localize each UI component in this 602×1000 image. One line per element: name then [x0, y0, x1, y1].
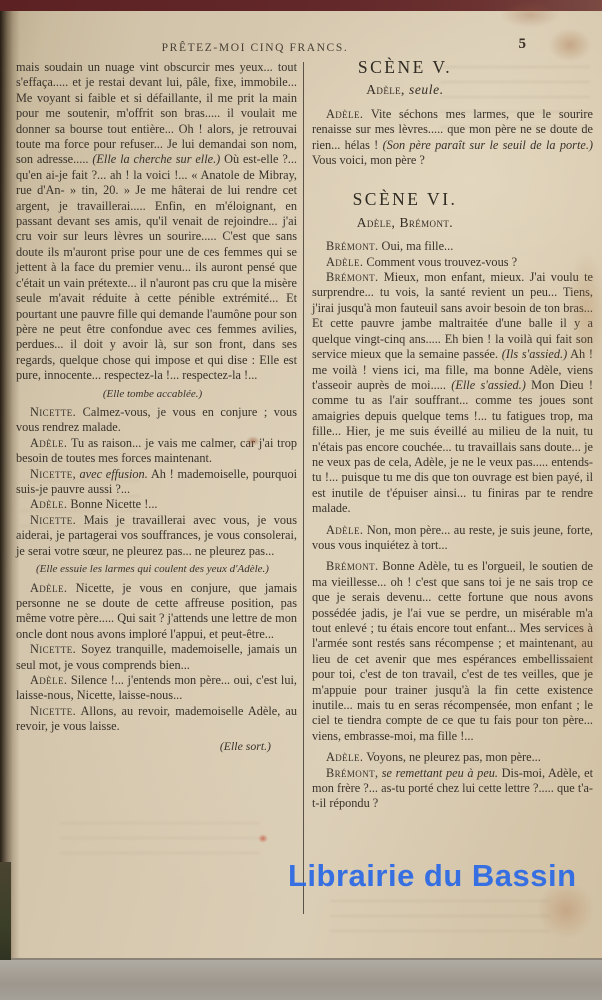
speaker-name: Adèle. — [30, 581, 67, 595]
paragraph: Adèle. Vite séchons mes larmes, que le s… — [312, 107, 593, 169]
librairie-watermark: Librairie du Bassin — [288, 858, 577, 894]
speaker-name: Nicette. — [30, 513, 76, 527]
paragraph: Adèle. Non, mon père... au reste, je sui… — [312, 523, 593, 554]
speaker-name: Adèle. — [30, 436, 67, 450]
paragraph: Adèle. Nicette, je vous en conjure, que … — [16, 581, 297, 643]
paragraph: Adèle. Voyons, ne pleurez pas, mon père.… — [312, 750, 593, 765]
paragraph: Nicette. Calmez-vous, je vous en conjure… — [16, 405, 297, 436]
scene-heading: SCÈNE VI. — [312, 192, 498, 207]
text-column-right: SCÈNE V.Adèle, seule.Adèle. Vite séchons… — [312, 60, 593, 812]
dialogue-text: , — [73, 467, 80, 481]
stage-direction: (Elle tombe accablée.) — [16, 388, 289, 402]
stage-direction-inline: (Elle tombe accablée.) — [103, 388, 202, 400]
speaker-name: Brémont. — [326, 239, 378, 253]
paragraph: Adèle. Silence !... j'entends mon père..… — [16, 673, 297, 704]
stage-direction-inline: (Ils s'assied.) — [502, 347, 567, 361]
text-column-left: mais soudain un nuage vint obscurcir mes… — [16, 60, 297, 754]
dialogue-text: , — [401, 82, 409, 97]
dialogue-text: Voyons, ne pleurez pas, mon père... — [363, 750, 540, 764]
scan-top-edge — [0, 0, 602, 11]
speaker-name: Adèle. — [30, 497, 67, 511]
paragraph: Adèle. Tu as raison... je vais me calmer… — [16, 436, 297, 467]
speaker-name: Nicette — [30, 467, 73, 481]
speaker-name: Brémont — [326, 766, 375, 780]
speaker-name: Nicette. — [30, 704, 76, 718]
stage-direction-inline: (Elle sort.) — [220, 739, 271, 753]
paragraph: Nicette. Allons, au revoir, mademoiselle… — [16, 704, 297, 735]
speaker-name: Adèle. — [326, 255, 363, 269]
speaker-name: Adèle. — [326, 523, 363, 537]
dialogue-text: , — [375, 766, 382, 780]
stage-direction: (Elle essuie les larmes qui coulent des … — [16, 563, 289, 577]
stage-direction-inline: se remettant peu à peu. — [382, 766, 498, 780]
dialogue-text: Oui, ma fille... — [378, 239, 453, 253]
stage-direction-inline: (Son père paraît sur le seuil de la port… — [383, 138, 593, 152]
speaker-name: Brémont. — [326, 559, 378, 573]
paragraph: Brémont. Bonne Adèle, tu es l'orgueil, l… — [312, 559, 593, 744]
dialogue-text: mais soudain un nuage vint obscurcir mes… — [16, 60, 297, 166]
speaker-name: Adèle. — [30, 673, 67, 687]
paragraph: Brémont. Oui, ma fille... — [312, 239, 593, 254]
dialogue-text: Où est-elle ?... qu'en ai-je fait ?... a… — [16, 152, 297, 382]
stage-direction-inline: avec effusion. — [80, 467, 148, 481]
stage-direction-inline: (Elle la cherche sur elle.) — [92, 152, 220, 166]
speaker-name: Brémont. — [326, 270, 378, 284]
scan-bottom-edge — [0, 960, 602, 1000]
speaker-name: Adèle. — [326, 750, 363, 764]
speaker-name: Adèle — [357, 215, 392, 230]
speaker-name: Nicette. — [30, 642, 76, 656]
paragraph: Brémont. Mieux, mon enfant, mieux. J'ai … — [312, 270, 593, 517]
dialogue-text: Vous voici, mon père ? — [312, 153, 425, 167]
scene-heading: SCÈNE V. — [312, 60, 498, 75]
dialogue-text: Bonne Nicette !... — [67, 497, 157, 511]
stage-direction-inline: (Elle essuie les larmes qui coulent des … — [36, 563, 269, 575]
running-head: PRÊTEZ-MOI CINQ FRANCS. — [30, 42, 480, 54]
book-page-scan: PRÊTEZ-MOI CINQ FRANCS. 5 mais soudain u… — [0, 0, 602, 1000]
speaker-name: Brémont — [399, 215, 449, 230]
cast-line: Adèle, Brémont. — [312, 215, 498, 230]
dialogue-text: Bonne Adèle, tu es l'orgueil, le soutien… — [312, 559, 593, 742]
paragraph: Brémont, se remettant peu à peu. Dis-moi… — [312, 766, 593, 812]
paragraph: Nicette. Soyez tranquille, mademoiselle,… — [16, 642, 297, 673]
speaker-name: Adèle. — [326, 107, 363, 121]
cast-line: Adèle, seule. — [312, 82, 498, 97]
paragraph: Adèle. Comment vous trouvez-vous ? — [312, 255, 593, 270]
paragraph: Nicette, avec effusion. Ah ! mademoisell… — [16, 467, 297, 498]
paragraph: Adèle. Bonne Nicette !... — [16, 497, 297, 512]
dialogue-text: Comment vous trouvez-vous ? — [363, 255, 517, 269]
stage-direction: (Elle sort.) — [16, 739, 297, 754]
stage-direction-inline: seule. — [409, 82, 444, 97]
paragraph: mais soudain un nuage vint obscurcir mes… — [16, 60, 297, 384]
speaker-name: Nicette. — [30, 405, 76, 419]
speaker-name: Adèle — [366, 82, 401, 97]
column-divider-rule — [303, 62, 304, 914]
stage-direction-inline: (Elle s'assied.) — [451, 378, 526, 392]
page-number: 5 — [519, 36, 527, 53]
dialogue-text: Mon Dieu ! comme tu as l'air souffrant..… — [312, 378, 593, 515]
paragraph: Nicette. Mais je travaillerai avec vous,… — [16, 513, 297, 559]
dialogue-text: . — [449, 215, 453, 230]
running-title: PRÊTEZ-MOI CINQ FRANCS. — [162, 42, 349, 54]
